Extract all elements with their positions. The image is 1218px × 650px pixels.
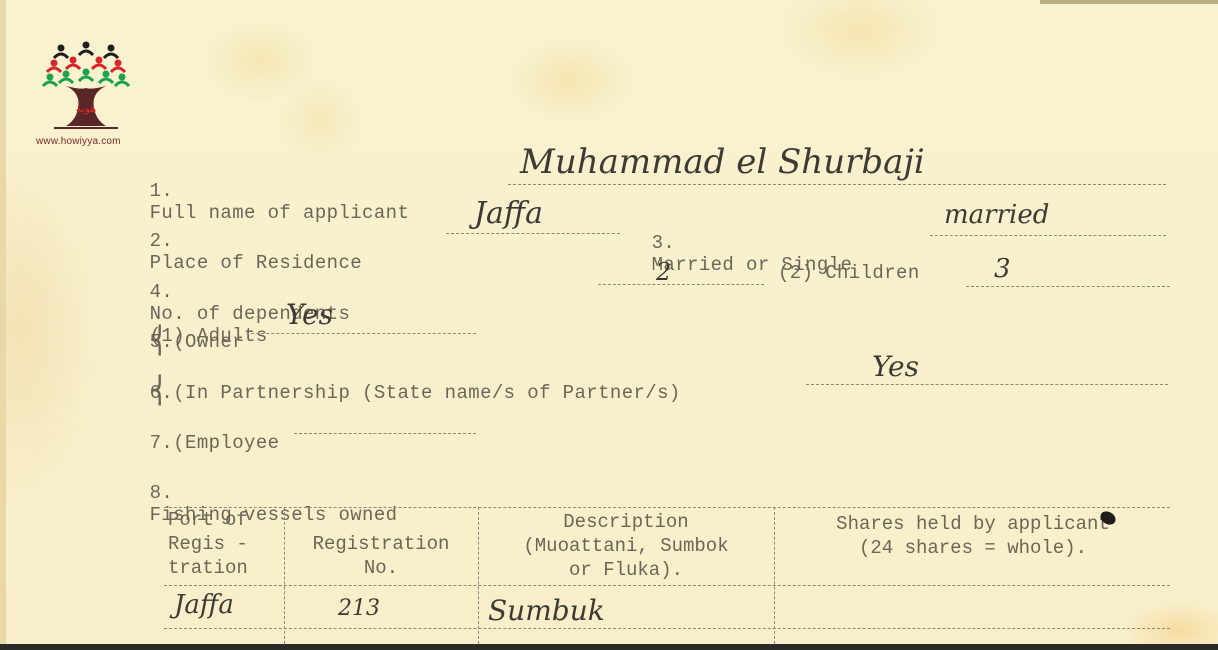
cell-registration-no[interactable]: 213	[338, 596, 380, 621]
residence-value[interactable]: Jaffa	[474, 196, 543, 231]
field-number: 4.	[150, 281, 174, 303]
table-col-divider	[774, 507, 775, 644]
table-row-divider	[164, 628, 1170, 629]
marital-value[interactable]: married	[944, 200, 1049, 230]
field-employee: 7.(Employee	[126, 410, 279, 454]
field-label: (In Partnership (State name/s of Partner…	[173, 382, 680, 404]
column-header-description: Description (Muoattani, Sumbok or Fluka)…	[478, 510, 774, 582]
field-number: 7.	[150, 432, 174, 454]
field-number: 2.	[150, 230, 174, 252]
field-number: 8.	[150, 482, 174, 504]
paper-top-edge	[1040, 0, 1218, 4]
svg-text:هوية: هوية	[76, 102, 97, 115]
field-label: (Owner	[173, 331, 244, 353]
partnership-value[interactable]: Yes	[872, 350, 919, 383]
logo-url-text: www.howiyya.com	[36, 136, 121, 147]
field-number: 1.	[150, 180, 174, 202]
full-name-value[interactable]: Muhammad el Shurbaji	[520, 142, 925, 182]
field-partnership: 6.(In Partnership (State name/s of Partn…	[126, 360, 681, 404]
column-header-registration-no: Registration No.	[284, 508, 478, 580]
marital-rule	[930, 235, 1166, 236]
field-number: 6.	[150, 382, 174, 404]
adults-value[interactable]: 2	[656, 258, 671, 286]
field-number: 3.	[652, 232, 676, 254]
brace-connector: ⎨	[150, 326, 170, 356]
residence-rule	[446, 233, 620, 234]
employee-rule	[294, 433, 476, 434]
field-owner: 5.(Owner	[126, 309, 244, 353]
cell-port[interactable]: Jaffa	[174, 590, 234, 620]
children-label: (2) Children	[778, 262, 920, 284]
children-rule	[966, 286, 1170, 287]
cell-description[interactable]: Sumbuk	[488, 594, 605, 627]
paper-left-edge	[0, 0, 6, 650]
partnership-rule	[806, 384, 1168, 385]
owner-rule	[246, 333, 476, 334]
paper-bottom-edge	[0, 644, 1218, 650]
table-header-divider	[164, 585, 1170, 586]
owner-value[interactable]: Yes	[286, 298, 333, 331]
adults-rule	[598, 284, 764, 285]
children-value[interactable]: 3	[994, 254, 1011, 284]
field-label: (Employee	[173, 432, 279, 454]
column-header-port: Port of Regis - tration	[164, 508, 288, 580]
full-name-rule	[508, 184, 1166, 185]
